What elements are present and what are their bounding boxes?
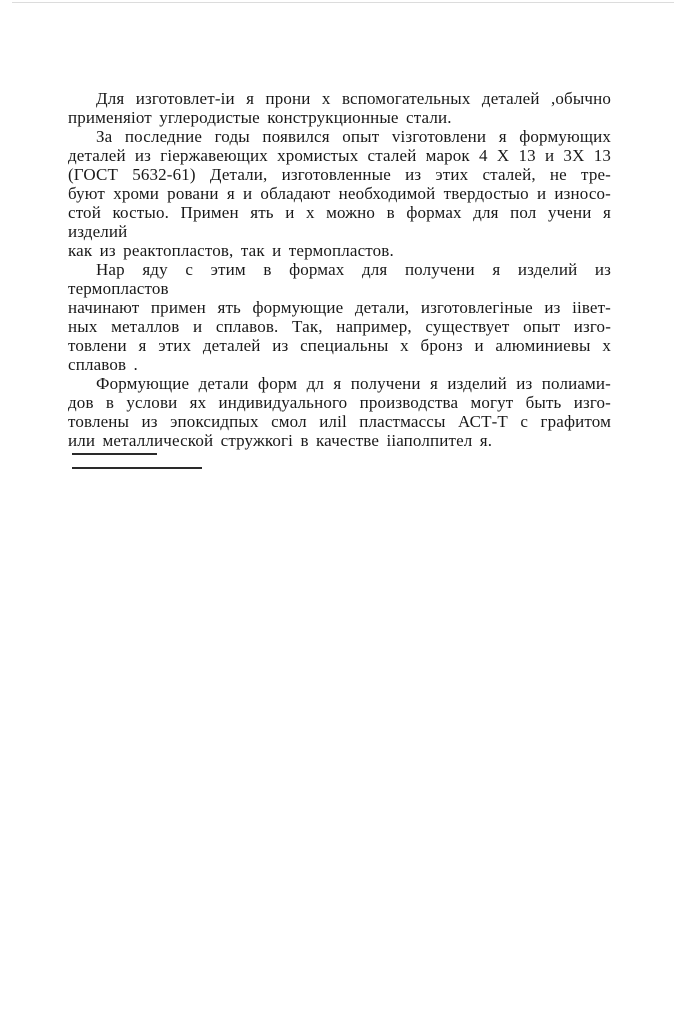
text-line: товлены из эпоксидпых смол иліl пластмас… xyxy=(68,412,611,431)
paragraph: Для изготовлет-іи я прони х вспомогатель… xyxy=(68,89,611,127)
footnote-rule xyxy=(72,467,202,469)
text-block: Для изготовлет-іи я прони х вспомогатель… xyxy=(68,89,611,450)
text-line: стой костыо. Примен ять и х можно в форм… xyxy=(68,203,611,241)
text-line: Нар яду с этим в формах для получени я и… xyxy=(68,260,611,298)
text-line: ных металлов и сплавов. Так, например, с… xyxy=(68,317,611,336)
text-line: начинают примен ять формующие детали, из… xyxy=(68,298,611,317)
text-line: сплавов . xyxy=(68,355,611,374)
text-line: Формующие детали форм дл я получени я из… xyxy=(68,374,611,393)
text-line: применяіот углеродистые конструкционные … xyxy=(68,108,611,127)
text-line: или металлической стружкогі в качестве і… xyxy=(68,431,611,450)
text-line: буют хроми ровани я и обладают необходим… xyxy=(68,184,611,203)
paragraph: Нар яду с этим в формах для получени я и… xyxy=(68,260,611,374)
text-line: деталей из гіержавеющих хромистых сталей… xyxy=(68,146,611,165)
text-line: (ГОСТ 5632-61) Детали, изготовленные из … xyxy=(68,165,611,184)
footnote-rule xyxy=(72,453,157,455)
paragraph: За последние годы появился опыт vізготов… xyxy=(68,127,611,260)
text-line: дов в услови ях индивидуального производ… xyxy=(68,393,611,412)
text-line: Для изготовлет-іи я прони х вспомогатель… xyxy=(68,89,611,108)
scan-edge-artifact xyxy=(12,2,674,3)
footnote-rules xyxy=(72,453,202,481)
text-line: как из реактопластов, так и термопластов… xyxy=(68,241,611,260)
text-line: товлени я этих деталей из специальны х б… xyxy=(68,336,611,355)
text-line: За последние годы появился опыт vізготов… xyxy=(68,127,611,146)
scanned-book-page: Для изготовлет-іи я прони х вспомогатель… xyxy=(0,0,679,1024)
paragraph: Формующие детали форм дл я получени я из… xyxy=(68,374,611,450)
